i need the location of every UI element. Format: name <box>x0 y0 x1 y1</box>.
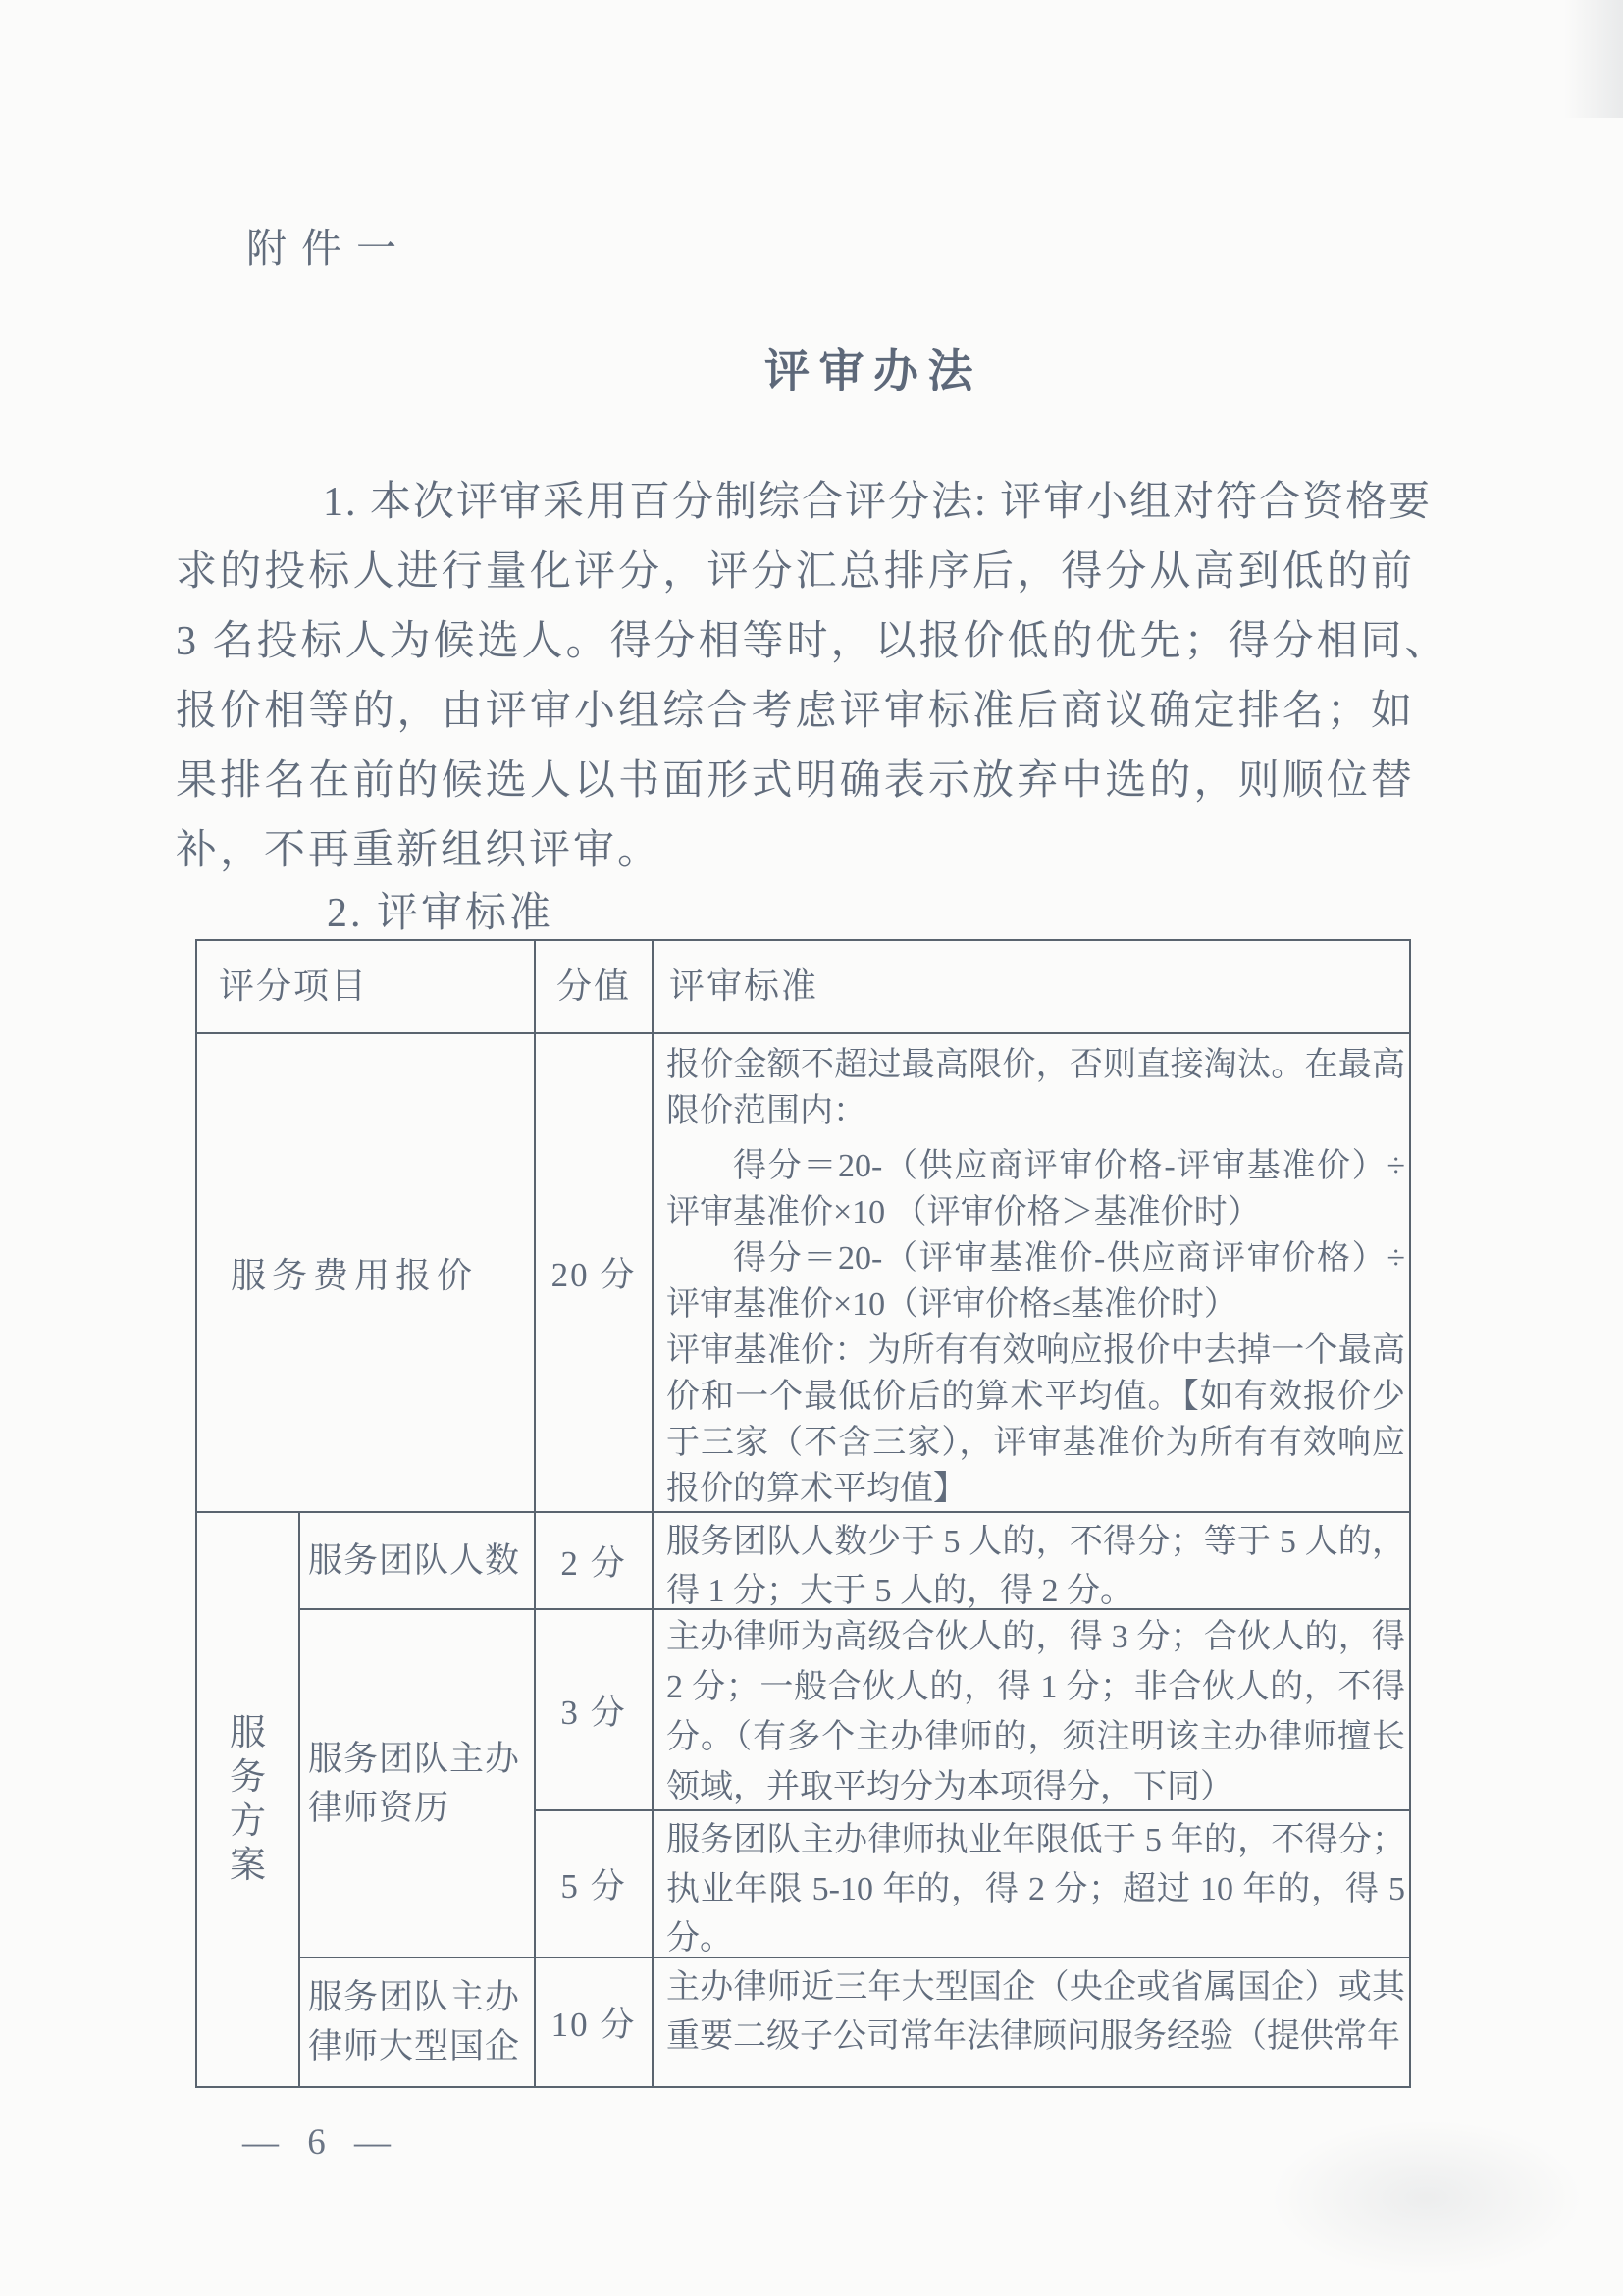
group-service-plan-label: 服务方案 <box>230 1711 267 1888</box>
group-service-plan: 服务方案 <box>197 1513 300 2086</box>
row-fee-item: 服务费用报价 <box>197 1034 536 1513</box>
intro-paragraph: 1. 本次评审采用百分制综合评分法: 评审小组对符合资格要 求的投标人进行量化评… <box>176 468 1415 886</box>
scan-smudge-bottom-right <box>1270 2119 1584 2276</box>
row-team-size-item: 服务团队人数 <box>300 1513 536 1610</box>
header-criteria: 评审标准 <box>654 941 1409 1034</box>
page-number: — 6 — <box>242 2121 393 2164</box>
row-fee-score: 20 分 <box>536 1034 654 1513</box>
header-scoring-item: 评分项目 <box>197 941 536 1034</box>
row-soe-item: 服务团队主办律师大型国企 <box>300 1958 536 2086</box>
intro-line: 3 名投标人为候选人。得分相等时，以报价低的优先；得分相同、 <box>176 607 1415 677</box>
intro-line: 求的投标人进行量化评分，评分汇总排序后，得分从高到低的前 <box>176 538 1415 607</box>
fee-formula-above-benchmark: 得分＝20-（供应商评审价格-评审基准价）÷评审基准价×10 （评审价格＞基准价… <box>666 1143 1405 1235</box>
intro-line: 报价相等的，由评审小组综合考虑评审标准后商议确定排名；如 <box>176 677 1415 747</box>
row-fee-criteria: 报价金额不超过最高限价，否则直接淘汰。在最高限价范围内： 得分＝20-（供应商评… <box>654 1034 1409 1513</box>
attachment-label: 附件一 <box>246 216 411 274</box>
fee-formula-below-benchmark: 得分＝20-（评审基准价-供应商评审价格）÷评审基准价×10（评审价格≤基准价时… <box>666 1235 1405 1328</box>
section-label: 2. 评审标准 <box>327 880 553 939</box>
row-team-size-criteria: 服务团队人数少于 5 人的，不得分；等于 5 人的，得 1 分；大于 5 人的，… <box>654 1513 1409 1610</box>
document-page: 附件一 评审办法 1. 本次评审采用百分制综合评分法: 评审小组对符合资格要 求… <box>0 0 1623 2296</box>
scan-smudge-top-right <box>1564 0 1623 118</box>
row-lead-lawyer-item: 服务团队主办律师资历 <box>300 1610 536 1958</box>
intro-line: 补，不再重新组织评审。 <box>176 816 1415 886</box>
intro-line: 1. 本次评审采用百分制综合评分法: 评审小组对符合资格要 <box>176 468 1415 538</box>
fee-benchmark-note: 评审基准价：为所有有效响应报价中去掉一个最高价和一个最低价后的算术平均值。【如有… <box>666 1328 1405 1512</box>
evaluation-criteria-table: 评分项目 分值 评审标准 服务费用报价 20 分 报价金额不超过最高限价，否则直… <box>195 939 1411 2088</box>
page-title: 评审办法 <box>764 336 982 400</box>
header-score-value: 分值 <box>536 941 654 1034</box>
intro-line: 果排名在前的候选人以书面形式明确表示放弃中选的，则顺位替 <box>176 747 1415 816</box>
row-soe-criteria: 主办律师近三年大型国企（央企或省属国企）或其重要二级子公司常年法律顾问服务经验（… <box>654 1958 1409 2086</box>
fee-criteria-intro: 报价金额不超过最高限价，否则直接淘汰。在最高限价范围内： <box>666 1042 1405 1134</box>
row-lead-lawyer-years-criteria: 服务团队主办律师执业年限低于 5 年的，不得分；执业年限 5-10 年的，得 2… <box>654 1811 1409 1958</box>
row-lead-lawyer-rank-criteria: 主办律师为高级合伙人的，得 3 分；合伙人的，得 2 分；一般合伙人的，得 1 … <box>654 1610 1409 1811</box>
row-lead-lawyer-years-score: 5 分 <box>536 1811 654 1958</box>
row-soe-score: 10 分 <box>536 1958 654 2086</box>
row-team-size-score: 2 分 <box>536 1513 654 1610</box>
row-lead-lawyer-rank-score: 3 分 <box>536 1610 654 1811</box>
